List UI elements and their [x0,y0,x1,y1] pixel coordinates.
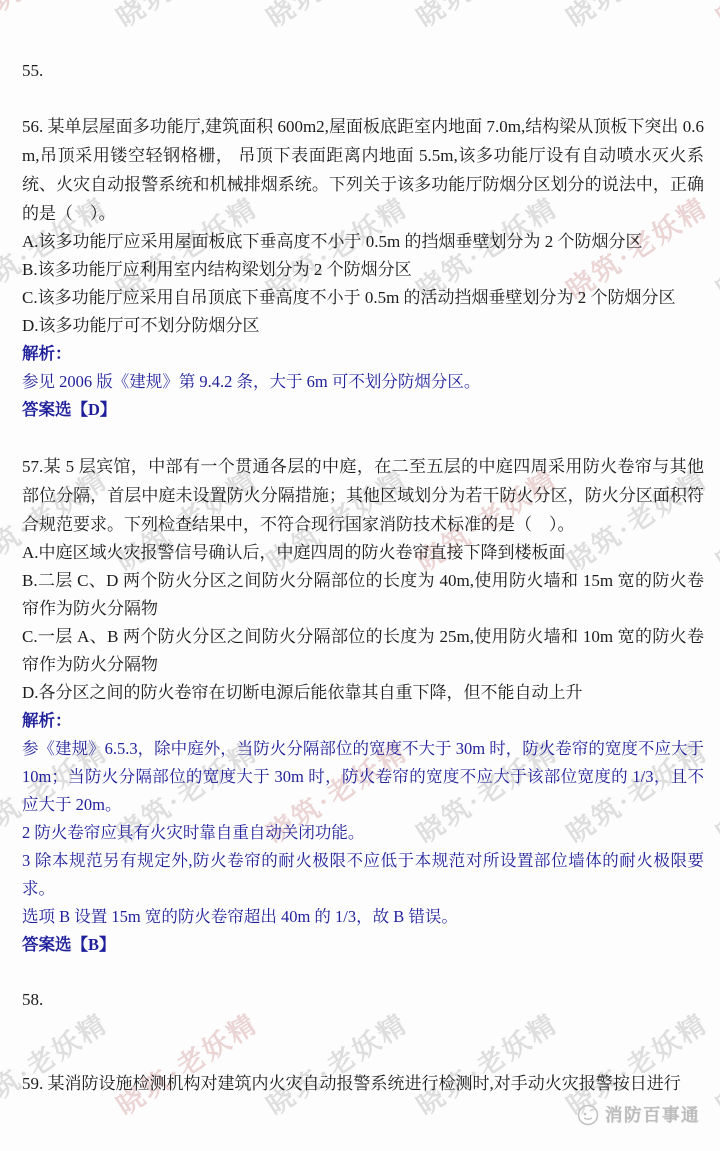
watermark-text: 晓筑·老妖精 [407,0,564,35]
question-57-analysis-3: 3 除本规范另有规定外,防火卷帘的耐火极限不应低于本规范对所设置部位墙体的耐火极… [22,847,704,903]
question-57-stem: 57.某 5 层宾馆，中部有一个贯通各层的中庭，在二至五层的中庭四周采用防火卷帘… [22,452,704,539]
question-57-option-b: B.二层 C、D 两个防火分区之间防火分隔部位的长度为 40m,使用防火墙和 1… [22,567,704,623]
watermark-text: 晓筑·老妖精 [557,0,714,35]
question-59-stem: 59. 某消防设施检测机构对建筑内火灾自动报警系统进行检测时,对手动火灾报警按日… [22,1069,704,1098]
question-56-option-a: A.该多功能厅应采用屋面板底下垂高度不小于 0.5m 的挡烟垂壁划分为 2 个防… [22,228,704,256]
watermark-text: 晓筑·老妖精 [707,0,720,35]
question-56-option-d: D.该多功能厅可不划分防烟分区 [22,312,704,340]
blank-line [22,959,704,987]
question-57-option-d: D.各分区之间的防火卷帘在切断电源后能依靠其自重下降，但不能自动上升 [22,679,704,707]
question-57-option-c: C.一层 A、B 两个防火分区之间防火分隔部位的长度为 25m,使用防火墙和 1… [22,623,704,679]
document-body: 55.56. 某单层屋面多功能厅,建筑面积 600m2,屋面板底距室内地面 7.… [22,58,704,1098]
exam-document-page: 晓筑·老妖精晓筑·老妖精晓筑·老妖精晓筑·老妖精晓筑·老妖精晓筑·老妖精晓筑·老… [0,0,720,1151]
question-56-stem: 56. 某单层屋面多功能厅,建筑面积 600m2,屋面板底距室内地面 7.0m,… [22,112,704,228]
question-57-option-a: A.中庭区域火灾报警信号确认后，中庭四周的防火卷帘直接下降到楼板面 [22,539,704,567]
blank-line [22,1013,704,1069]
question-56-option-c: C.该多功能厅应采用自吊顶底下垂高度不小于 0.5m 的活动挡烟垂壁划分为 2 … [22,284,704,312]
watermark-text: 晓筑·老妖精 [707,458,720,579]
brand-name: 消防百事通 [605,1102,700,1127]
question-57-answer: 答案选【B】 [22,931,704,959]
watermark-text: 晓筑·老妖精 [107,0,264,35]
question-57-analysis-2: 2 防火卷帘应具有火灾时靠自重自动关闭功能。 [22,819,704,847]
blank-line [22,424,704,452]
brand-mascot-icon [576,1103,600,1127]
question-56-analysis-label: 解析： [22,340,704,368]
watermark-text: 晓筑·老妖精 [707,1002,720,1123]
watermark-text: 晓筑·老妖精 [707,730,720,851]
watermark-text: 晓筑·老妖精 [0,0,115,35]
question-57-analysis-1: 参《建规》6.5.3，除中庭外，当防火分隔部位的宽度不大于 30m 时，防火卷帘… [22,735,704,819]
question-55-number: 55. [22,58,704,84]
watermark-text: 晓筑·老妖精 [257,0,414,35]
question-58-number: 58. [22,987,704,1013]
question-57-analysis-4: 选项 B 设置 15m 宽的防火卷帘超出 40m 的 1/3，故 B 错误。 [22,903,704,931]
question-57-analysis-label: 解析： [22,707,704,735]
blank-line [22,84,704,112]
brand-logo: 消防百事通 [576,1102,700,1127]
watermark-text: 晓筑·老妖精 [707,186,720,307]
question-56-analysis: 参见 2006 版《建规》第 9.4.2 条，大于 6m 可不划分防烟分区。 [22,368,704,396]
question-56-option-b: B.该多功能厅应利用室内结构梁划分为 2 个防烟分区 [22,256,704,284]
question-56-answer: 答案选【D】 [22,396,704,424]
